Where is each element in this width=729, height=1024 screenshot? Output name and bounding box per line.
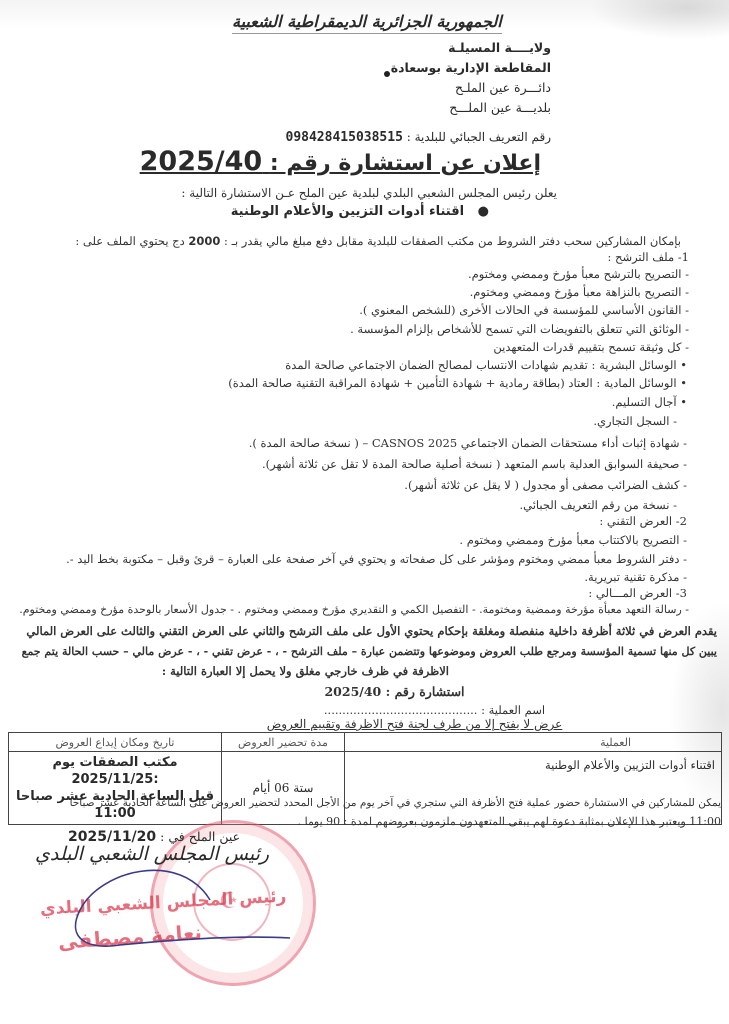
page-title: إعلان عن استشارة رقم : 2025/40 <box>140 146 541 177</box>
consultation-number: 2025/40 <box>140 146 263 177</box>
list-item: - التصريح بالترشح معبأ مؤرخ وممضي ومختوم… <box>468 267 689 281</box>
section2-title: 2- العرض التقني : <box>599 514 687 528</box>
scan-smudge <box>589 0 729 40</box>
subject-item: ● اقتناء أدوات التزيين والأعلام الوطنية <box>231 204 489 219</box>
list-item: - صحيفة السوابق العدلية باسم المتعهد ( ن… <box>262 457 687 471</box>
table-header-row: العملية مدة تحضير العروض تاريخ ومكان إيد… <box>9 733 722 752</box>
list-item: - كشف الضرائب مصفى أو مجدول ( لا يقل عن … <box>404 478 687 492</box>
cell-deposit: مكتب الصفقات يوم :2025/11/25 قبل الساعة … <box>9 752 222 825</box>
no-open-line: عرض لا يفتح إلا من طرف لجنة فتح الاظرفة … <box>0 717 729 731</box>
list-item: - دفتر الشروط معبأ ممضي ومختوم ومؤشر على… <box>66 552 687 566</box>
list-item: - التصريح بالنزاهة معبأ مؤرخ وممضي ومختو… <box>470 285 689 299</box>
list-item: - مذكرة تقنية تبريرية. <box>584 570 687 584</box>
envelopes-paragraph: يبين كل منها تسمية المؤسسة ومرجع طلب الع… <box>22 645 717 658</box>
operations-table: العملية مدة تحضير العروض تاريخ ومكان إيد… <box>8 732 722 825</box>
list-item: - التصريح بالاكتتاب معبأ مؤرخ وممضي ومخت… <box>459 533 687 547</box>
tax-id-value: 098428415038515 <box>286 130 403 145</box>
closing-line: 11:00 ويعتبر هذا الإعلان بمثابة دعوة لهم… <box>298 815 721 828</box>
bullet-dot <box>384 71 390 77</box>
list-item: - الوثائق التي تتعلق بالتفويضات التي تسم… <box>350 322 689 336</box>
title-label: إعلان عن استشارة رقم : <box>270 151 541 176</box>
envelopes-paragraph: يقدم العرض في ثلاثة أظرفة داخلية منفصلة … <box>26 624 717 638</box>
place-date-label: عين الملح في : <box>160 829 240 844</box>
republic-heading: الجمهورية الجزائرية الديمقراطية الشعبية <box>232 12 502 34</box>
cell-duration: ستة 06 أيام <box>222 752 345 825</box>
wilaya-line: ولايــــة المسيلـة <box>448 40 551 55</box>
handwritten-signature-icon <box>60 860 300 960</box>
list-item: - القانون الأساسي للمؤسسة في الحالات الأ… <box>359 303 689 317</box>
envelopes-paragraph: الاظرفة في ظرف خارجي مغلق ولا يحمل إلا ا… <box>162 664 449 678</box>
envelope-label: استشارة رقم : 2025/40 <box>0 684 729 699</box>
deposit-date: مكتب الصفقات يوم :2025/11/25 <box>15 754 215 788</box>
table-row: اقتناء أدوات التزيين والأعلام الوطنية ست… <box>9 752 722 825</box>
list-item: - كل وثيقة تسمح بتقييم قدرات المتعهدين <box>493 340 689 354</box>
header-operation: العملية <box>345 733 722 752</box>
header-deposit: تاريخ ومكان إيداع العروض <box>9 733 222 752</box>
section1-title: 1- ملف الترشح : <box>608 250 690 264</box>
list-item: - رسالة التعهد معبأة مؤرخة وممضية ومختوم… <box>19 603 689 616</box>
document-page: الجمهورية الجزائرية الديمقراطية الشعبية … <box>0 0 729 1024</box>
list-item: - شهادة إثبات أداء مستحقات الضمان الاجتم… <box>249 436 687 450</box>
section3-title: 3- العرض المـــالي : <box>588 586 687 600</box>
tax-id-label: رقم التعريف الجبائي للبلدية : <box>407 130 551 144</box>
list-item: • الوسائل المادية : العتاد (بطاقة رمادية… <box>228 376 687 390</box>
list-item: - نسخة من رقم التعريف الجبائي. <box>519 498 677 512</box>
list-item: • الوسائل البشرية : تقديم شهادات الانتسا… <box>285 358 687 372</box>
commune-line: بلديـــة عين الملـــح <box>449 100 551 115</box>
subject-text: اقتناء أدوات التزيين والأعلام الوطنية <box>231 204 464 219</box>
cell-operation: اقتناء أدوات التزيين والأعلام الوطنية <box>345 752 722 825</box>
district-line: المقاطعة الإدارية بوسعادة <box>391 60 551 75</box>
daira-line: دائـــرة عين الملـح <box>455 80 551 95</box>
header-duration: مدة تحضير العروض <box>222 733 345 752</box>
bullet-icon: ● <box>469 204 489 219</box>
operation-name-line: اسم العملية : ..........................… <box>0 703 729 717</box>
withdraw-line: بإمكان المشاركين سحب دفتر الشروط من مكتب… <box>75 234 681 248</box>
closing-line: يمكن للمشاركين في الاستشارة حضور عملية ف… <box>70 797 721 809</box>
fee-amount: 2000 <box>188 234 220 248</box>
tax-id-line: رقم التعريف الجبائي للبلدية : 0984284150… <box>286 130 552 145</box>
intro-line: يعلن رئيس المجلس الشعبي البلدي لبلدية عي… <box>181 186 557 200</box>
list-item: - السجل التجاري. <box>593 414 677 428</box>
list-item: • آجال التسليم. <box>612 395 687 409</box>
